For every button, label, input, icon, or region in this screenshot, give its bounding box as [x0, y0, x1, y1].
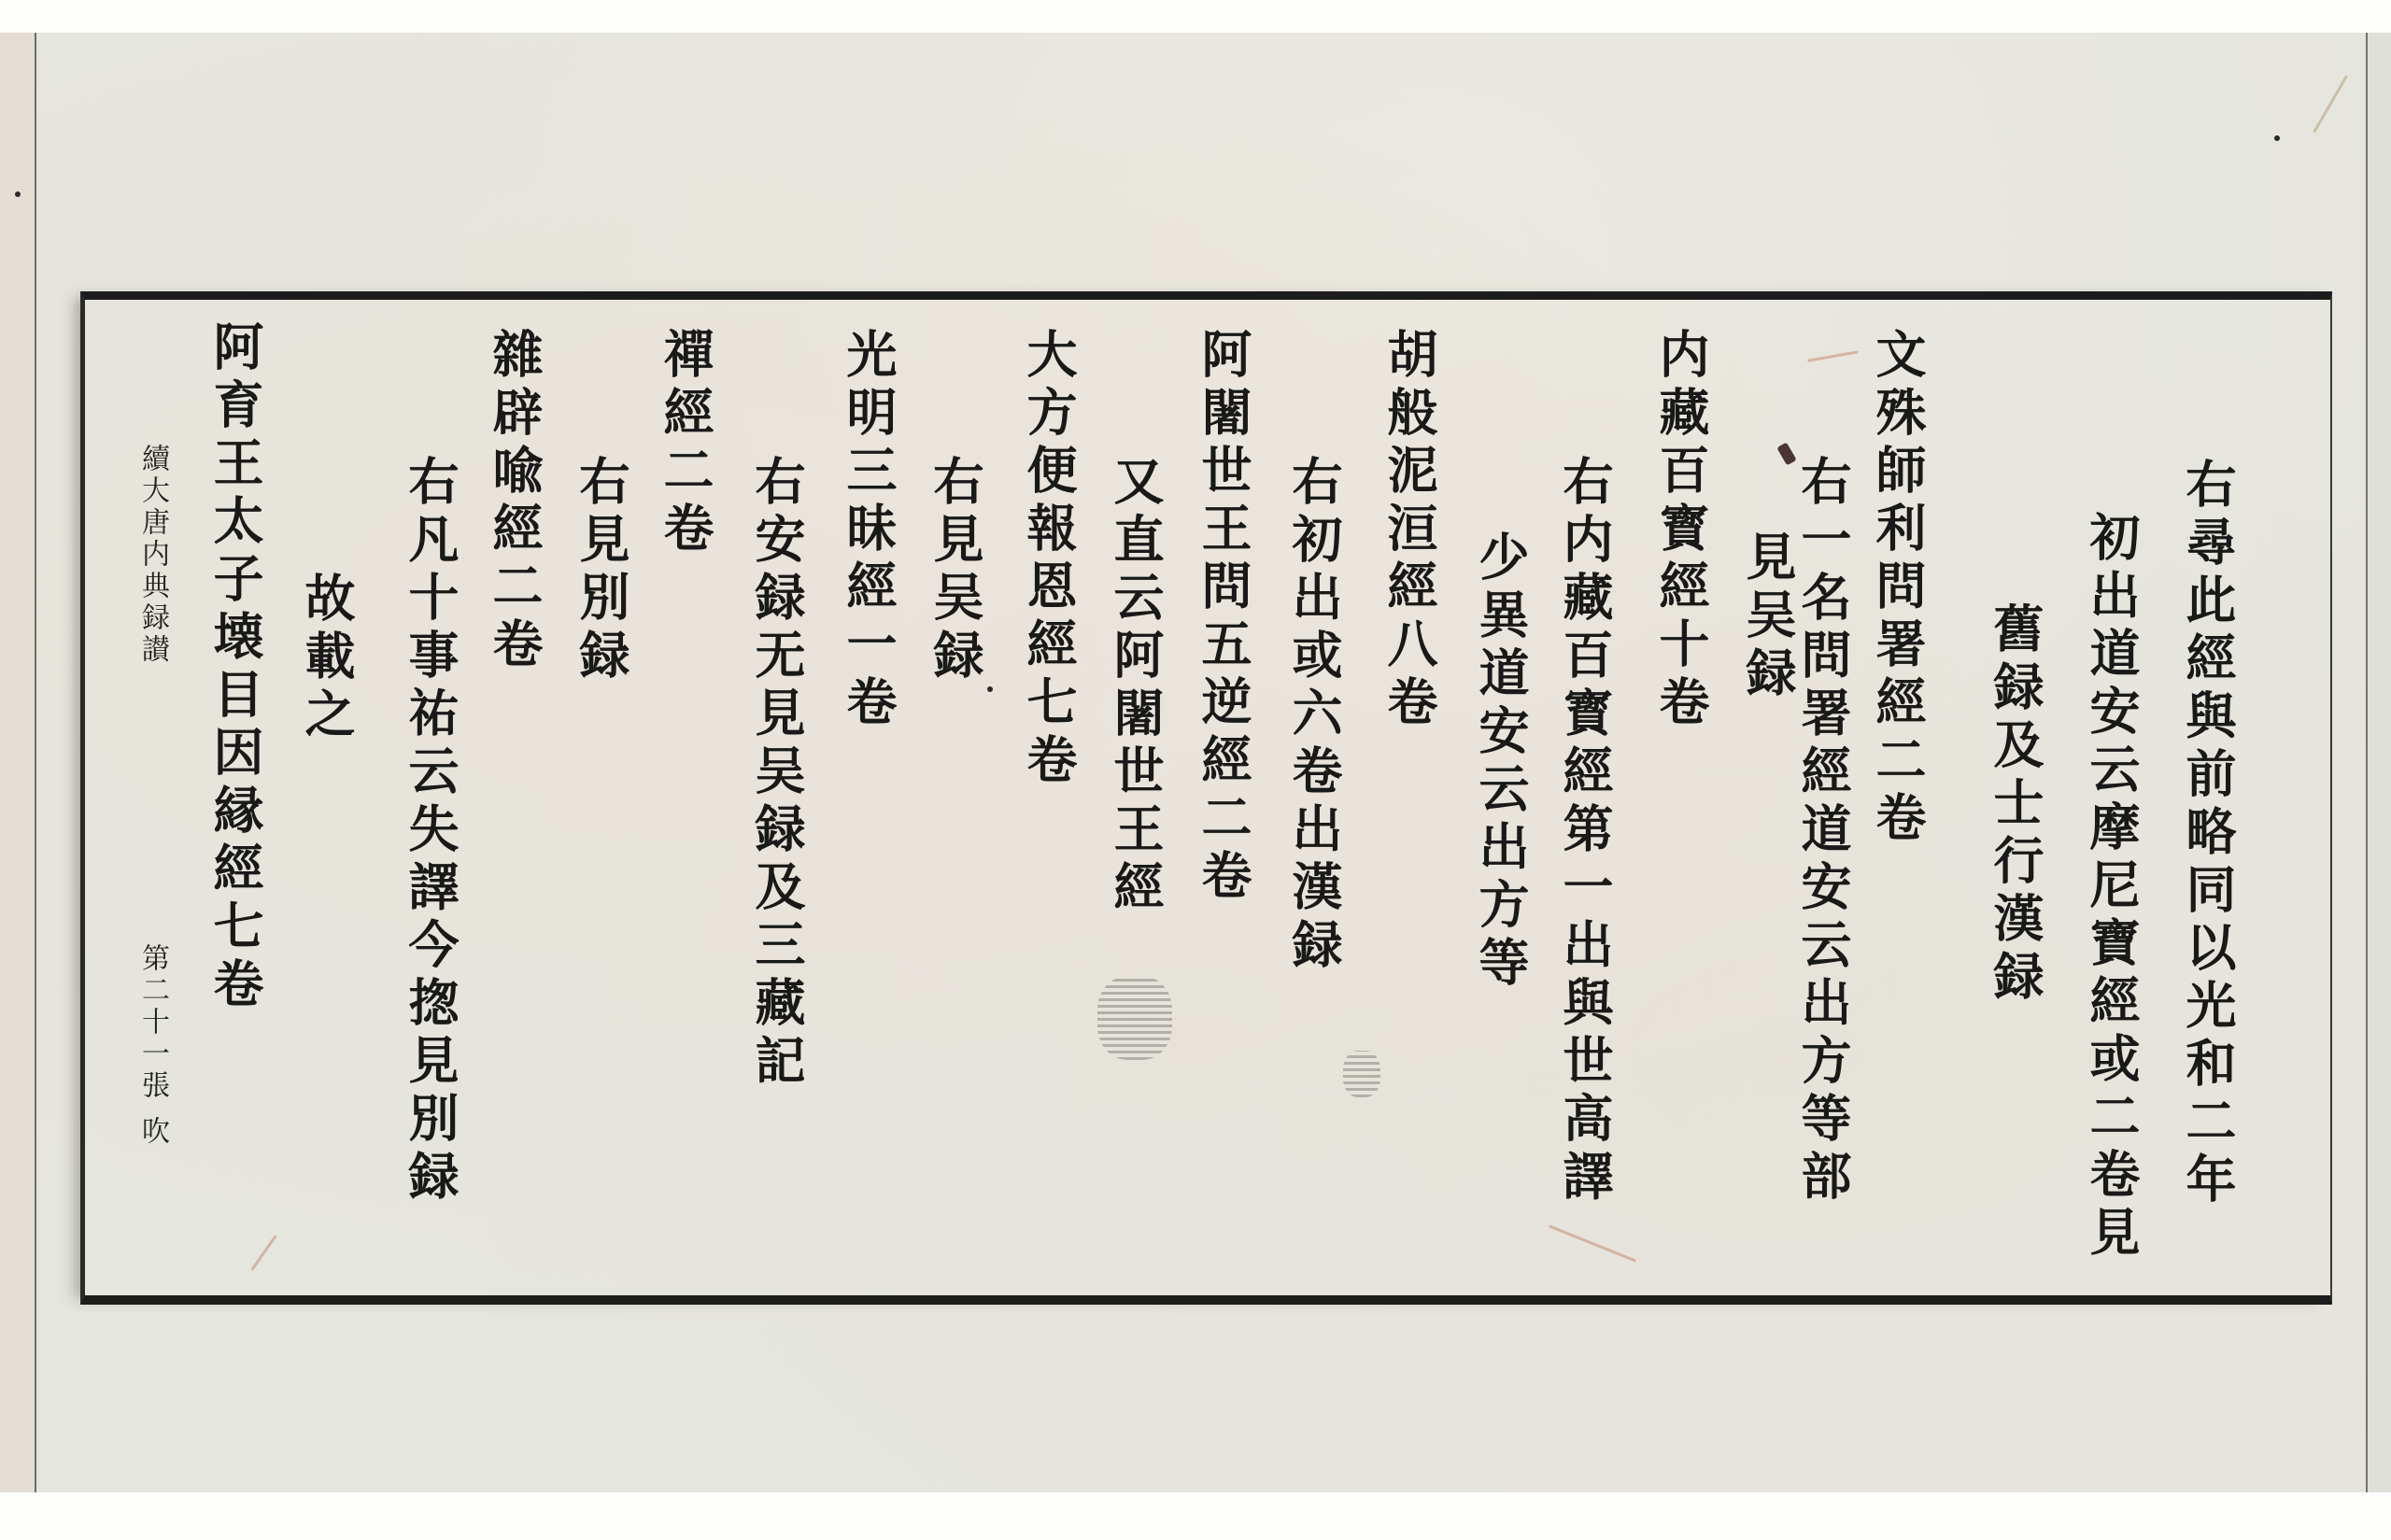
right-gutter-line	[2366, 33, 2368, 1492]
text-column-21: 右凡十事祐云失譯今揔見別録	[405, 455, 456, 1208]
paper-speck	[15, 191, 21, 197]
right-page-edge	[2368, 33, 2391, 1492]
text-column-13: 又直云阿闍世王經	[1111, 455, 1161, 918]
document-page: 右尋此經與前略同以光和二年 初出道安云摩尼寶經或二卷見 舊録及士行漢録 文殊師利…	[0, 33, 2391, 1492]
sutra-title-4: 阿闍世王問五逆經二卷	[1198, 328, 1249, 907]
text-column-2: 初出道安云摩尼寶經或二卷見	[2087, 511, 2137, 1264]
text-column-22: 故載之	[302, 572, 352, 745]
sutra-title-9: 阿育王太子壊目因縁經七卷	[210, 320, 261, 1015]
ink-smudge	[1343, 1051, 1380, 1097]
ink-smudge	[1097, 976, 1172, 1060]
sutra-title-6: 光明三昧經一卷	[843, 328, 894, 733]
margin-leaf-number: 第二十一張	[138, 943, 166, 1102]
left-page-edge	[0, 33, 35, 1492]
text-column-9: 少異道安云出方等	[1476, 530, 1526, 994]
text-column-15: 右見吴録	[930, 455, 981, 686]
sutra-title-3: 胡般泥洹經八卷	[1384, 328, 1435, 733]
text-column-6: 見吴録	[1743, 530, 1793, 704]
margin-carver-mark: 吹	[138, 1116, 166, 1148]
margin-book-title: 續大唐内典録讃	[138, 444, 166, 666]
paper-speck	[2274, 135, 2280, 141]
sutra-title-7: 禪經二卷	[660, 328, 711, 559]
paper-fiber	[2313, 75, 2348, 133]
sutra-title-2: 内藏百寳經十卷	[1656, 328, 1706, 733]
text-column-11: 右初出或六卷出漢録	[1289, 455, 1339, 976]
sutra-title-8: 雜辟喩經二卷	[489, 328, 540, 675]
paper-speck	[987, 686, 993, 692]
text-column-8: 右内藏百寳經第一出與世高譯	[1560, 455, 1610, 1208]
text-column-1: 右尋此經與前略同以光和二年	[2183, 458, 2233, 1210]
sutra-title-5: 大方便報恩經七卷	[1024, 328, 1074, 791]
text-column-17: 右安録无見吴録及三藏記	[752, 455, 802, 1092]
text-column-3: 舊録及士行漢録	[1990, 602, 2041, 1008]
left-gutter-line	[35, 33, 36, 1492]
text-column-19: 右見別録	[576, 455, 627, 686]
sutra-title-1: 文殊師利問署經二卷	[1873, 328, 1923, 849]
text-column-5: 右一名問署經道安云出方等部	[1798, 455, 1848, 1208]
